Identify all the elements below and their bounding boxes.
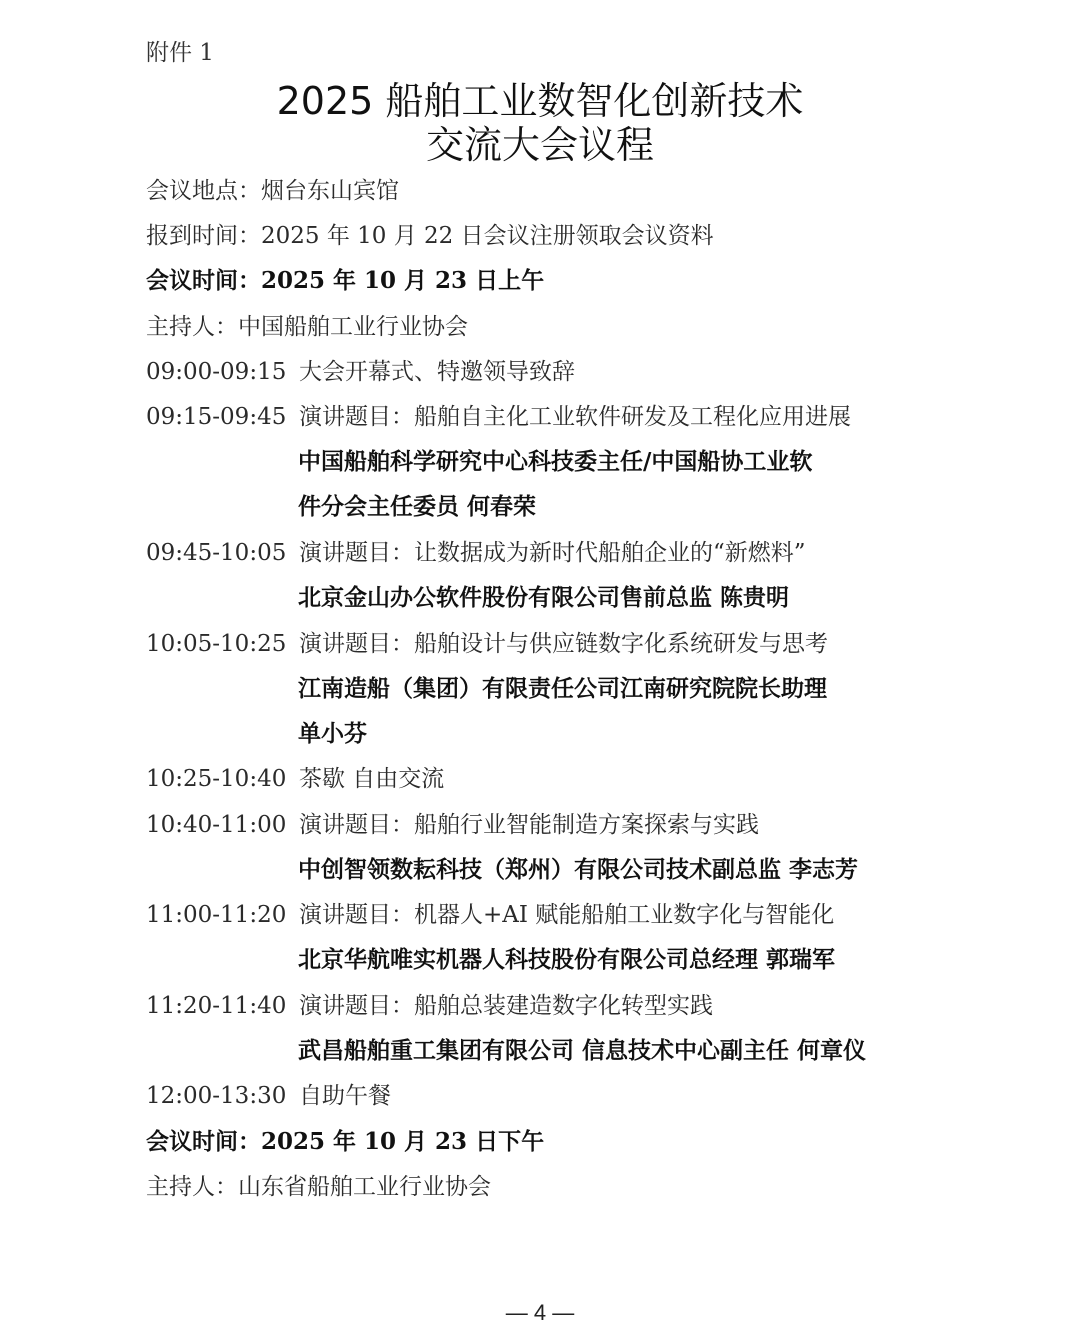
agenda-speaker: 中创智领数耘科技（郑州）有限公司技术副总监 李志芳 [298,851,858,884]
registration-time: 报到时间：2025 年 10 月 22 日会议注册领取会议资料 [146,217,714,250]
venue: 会议地点：烟台东山宾馆 [146,172,399,205]
afternoon-host: 主持人：山东省船舶工业行业协会 [146,1168,491,1201]
agenda-speaker: 武昌船舶重工集团有限公司 信息技术中心副主任 何章仪 [298,1032,866,1065]
agenda-time: 10:05-10:25 [146,631,299,657]
agenda-item: 演讲题目：船舶总装建造数字化转型实践 [299,993,713,1019]
afternoon-session-time: 会议时间：2025 年 10 月 23 日下午 [146,1123,544,1156]
document-title-line2: 交流大会议程 [0,114,1080,169]
agenda-item: 茶歇 自由交流 [299,766,444,792]
agenda-row: 09:00-09:15大会开幕式、特邀领导致辞 [146,353,575,386]
agenda-row: 09:45-10:05演讲题目：让数据成为新时代船舶企业的“新燃料” [146,534,806,567]
attachment-label: 附件 1 [146,34,214,67]
agenda-time: 09:15-09:45 [146,404,299,430]
morning-host: 主持人：中国船舶工业行业协会 [146,308,468,341]
agenda-row: 09:15-09:45演讲题目：船舶自主化工业软件研发及工程化应用进展 [146,398,851,431]
agenda-item: 演讲题目：机器人+AI 赋能船舶工业数字化与智能化 [299,902,834,928]
agenda-row: 11:20-11:40演讲题目：船舶总装建造数字化转型实践 [146,987,713,1020]
agenda-speaker: 单小芬 [298,715,367,748]
agenda-item: 演讲题目：船舶自主化工业软件研发及工程化应用进展 [299,404,851,430]
agenda-item: 自助午餐 [299,1083,391,1109]
agenda-time: 09:00-09:15 [146,359,299,385]
agenda-row: 10:05-10:25演讲题目：船舶设计与供应链数字化系统研发与思考 [146,625,828,658]
morning-session-time: 会议时间：2025 年 10 月 23 日上午 [146,262,544,295]
agenda-time: 09:45-10:05 [146,540,299,566]
agenda-speaker: 北京华航唯实机器人科技股份有限公司总经理 郭瑞军 [298,941,835,974]
agenda-time: 12:00-13:30 [146,1083,299,1109]
agenda-speaker: 中国船舶科学研究中心科技委主任/中国船协工业软 [298,443,812,476]
agenda-item: 大会开幕式、特邀领导致辞 [299,359,575,385]
agenda-item: 演讲题目：让数据成为新时代船舶企业的“新燃料” [299,540,806,566]
agenda-row: 12:00-13:30自助午餐 [146,1077,391,1110]
agenda-row: 11:00-11:20演讲题目：机器人+AI 赋能船舶工业数字化与智能化 [146,896,834,929]
agenda-time: 11:00-11:20 [146,902,299,928]
agenda-time: 10:40-11:00 [146,812,299,838]
agenda-speaker: 江南造船（集团）有限责任公司江南研究院院长助理 [298,670,827,703]
agenda-time: 11:20-11:40 [146,993,299,1019]
page-number: — 4 — [0,1300,1080,1325]
agenda-speaker: 北京金山办公软件股份有限公司售前总监 陈贵明 [298,579,789,612]
agenda-row: 10:25-10:40茶歇 自由交流 [146,760,444,793]
agenda-speaker: 件分会主任委员 何春荣 [298,488,536,521]
agenda-time: 10:25-10:40 [146,766,299,792]
agenda-item: 演讲题目：船舶行业智能制造方案探索与实践 [299,812,759,838]
agenda-item: 演讲题目：船舶设计与供应链数字化系统研发与思考 [299,631,828,657]
agenda-row: 10:40-11:00演讲题目：船舶行业智能制造方案探索与实践 [146,806,759,839]
